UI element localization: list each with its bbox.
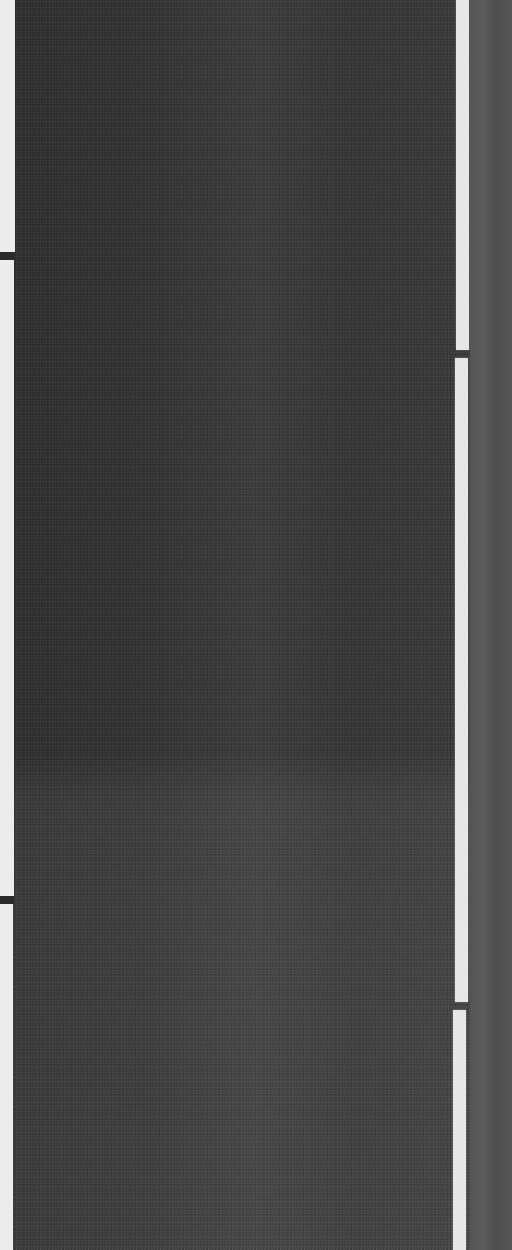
left-edge-line-gap	[0, 252, 15, 260]
lane-dash-segment	[456, 0, 469, 350]
asphalt-texture	[0, 0, 470, 1250]
left-edge-line-gap	[0, 896, 14, 904]
left-edge-line-segment	[0, 260, 14, 896]
asphalt-surface	[0, 0, 470, 1250]
road-shoulder	[470, 0, 512, 1250]
road-photo	[0, 0, 512, 1250]
left-edge-line-segment	[0, 0, 15, 252]
left-edge-line-segment	[0, 904, 13, 1250]
lane-dash-segment	[455, 358, 468, 1002]
lane-dash-segment	[453, 1010, 466, 1250]
